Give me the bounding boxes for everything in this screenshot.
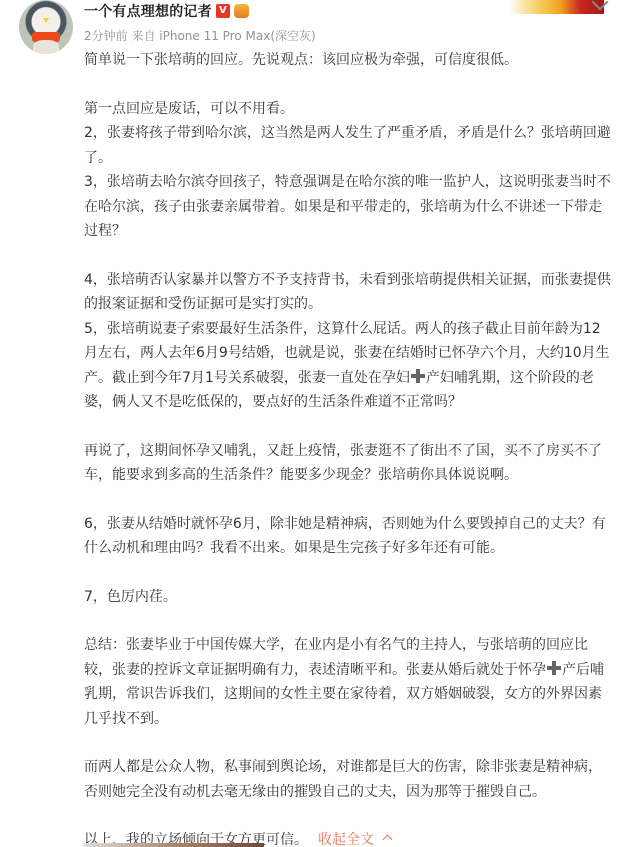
plus-emoji-icon [411, 369, 425, 383]
collapse-full-text-link[interactable]: 收起全文 [318, 832, 391, 847]
avatar-body [33, 40, 59, 54]
paragraph: 5，张培萌说妻子索要最好生活条件，这算什么屁话。两人的孩子截止目前年龄为12月左… [84, 317, 614, 415]
author-name[interactable]: 一个有点理想的记者 [84, 1, 212, 21]
paragraph: 6，张妻从结婚时就怀孕6月，除非她是精神病，否则她为什么要毁掉自己的丈夫？有什么… [84, 512, 614, 561]
post-content: 简单说一下张培萌的回应。先说观点：该回应极为牵强，可信度很低。 第一点回应是废话… [84, 48, 614, 847]
attached-image-preview[interactable] [84, 843, 264, 847]
chevron-up-icon [383, 835, 393, 845]
paragraph: 再说了，这期间怀孕又哺乳，又赶上疫情，张妻逛不了街出不了国，买不了房买不了车，能… [84, 439, 614, 488]
author-row: 一个有点理想的记者 V [84, 2, 249, 20]
avatar-beak [43, 18, 49, 23]
paragraph: 7，色厉内荏。 [84, 585, 614, 610]
paragraph: 而两人都是公众人物，私事闹到舆论场，对谁都是巨大的伤害，除非张妻是精神病，否则她… [84, 755, 614, 804]
avatar[interactable] [19, 0, 73, 54]
paragraph: 简单说一下张培萌的回应。先说观点：该回应极为牵强，可信度很低。 [84, 48, 614, 73]
plus-emoji-icon [547, 661, 561, 675]
verified-v-icon: V [216, 4, 230, 18]
paragraph: 总结：张妻毕业于中国传媒大学，在业内是小有名气的主持人，与张培萌的回应比较，张妻… [84, 633, 614, 731]
paragraph: 3，张培萌去哈尔滨夺回孩子，特意强调是在哈尔滨的唯一监护人，这说明张妻当时不在哈… [84, 170, 614, 244]
paragraph: 2，张妻将孩子带到哈尔滨，这当然是两人发生了严重矛盾，矛盾是什么？张培萌回避了。 [84, 121, 614, 170]
paragraph: 4，张培萌否认家暴并以警方不予支持背书，未看到张培萌提供相关证据，而张妻提供的报… [84, 268, 614, 317]
paragraph-text: 总结：张妻毕业于中国传媒大学，在业内是小有名气的主持人，与张培萌的回应比较，张妻… [84, 637, 588, 678]
post-meta: 2分钟前 来自 iPhone 11 Pro Max(深空灰) [84, 27, 316, 44]
member-crown-icon [234, 4, 249, 18]
paragraph: 第一点回应是废话，可以不用看。 [84, 97, 614, 122]
decorative-banner-image [508, 0, 604, 14]
collapse-label: 收起全文 [318, 832, 374, 847]
